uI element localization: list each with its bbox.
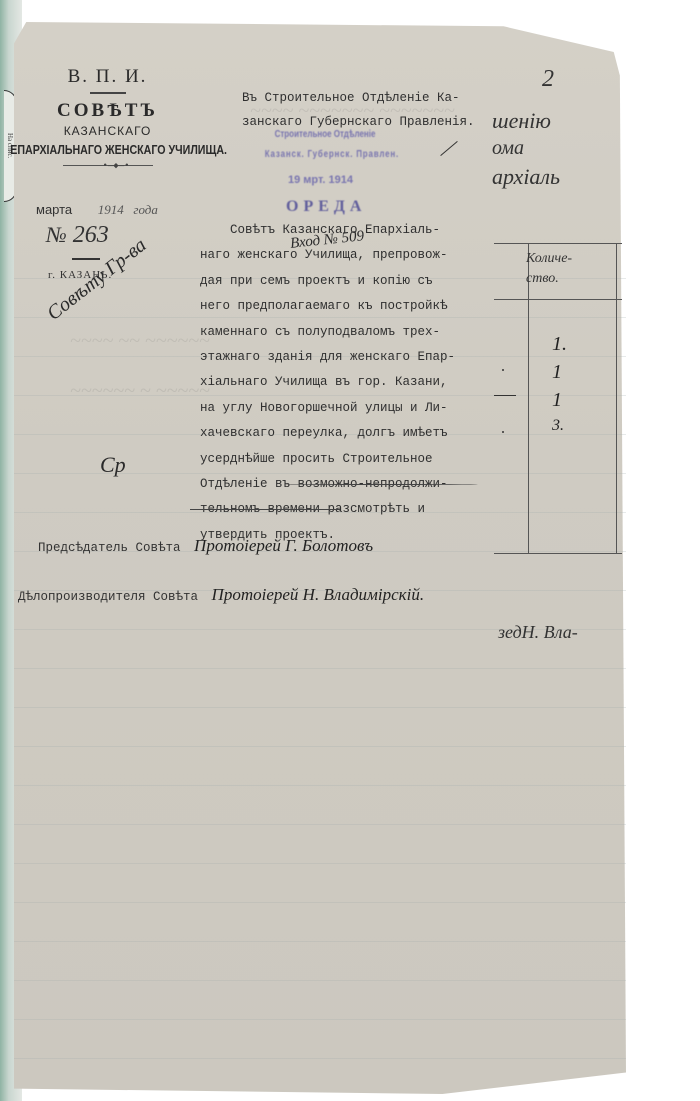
clerk-signature-row: Дѣлопроизводителя Совѣта Протоіерей Н. В… (18, 585, 424, 605)
bleed-through-text: ~~~~ ~~ ~~~~~~ (70, 330, 210, 353)
document-number: №263 (46, 222, 109, 249)
letter-body: Совѣтъ Казанскаго Епархіаль- наго женска… (200, 218, 455, 548)
chair-label: Предсѣдатель Совѣта (38, 541, 181, 555)
bleed-through-text: ~~~~ ~~~~~~~ ~~~~~~~ (250, 100, 455, 123)
quantity-cell: 1 (552, 389, 562, 412)
pencil-underline (190, 509, 340, 510)
ink-dot (502, 369, 504, 371)
ornament-divider: •—◆—• (63, 165, 153, 172)
table-rule (494, 299, 622, 300)
underlying-fragment: шенію (492, 108, 551, 134)
date-year-word: года (133, 202, 157, 217)
quantity-header: Количе- ство. (526, 249, 572, 289)
quantity-table: Количе- ство. 1. 1 1 3. (494, 243, 626, 555)
table-column-rule (616, 243, 617, 553)
bleed-through-text: ~~~~~~ ~ ~~~~~ (70, 380, 210, 403)
chair-signature: Протоіерей Г. Болотовъ (194, 536, 373, 555)
letterhead-council: СОВѢТЪ (20, 100, 195, 122)
letterhead-date: марта 1914 года (36, 202, 158, 218)
stamp-date: 19 мрт. 1914 (288, 174, 353, 186)
number-value: 263 (73, 222, 109, 248)
ink-dot (502, 431, 504, 433)
underlying-signature-fragment: зедН. Вла- (498, 622, 578, 643)
letterhead-rule-2 (72, 258, 100, 260)
ornament-icon: •—◆—• (103, 161, 130, 171)
quantity-cell: 3. (552, 417, 564, 435)
chair-signature-row: Предсѣдатель Совѣта Протоіерей Г. Болото… (38, 536, 373, 556)
stamp-line-2: Казанск. Губернск. Правлен. (265, 149, 399, 160)
stamp-line-1: Строительное Отдѣленіе (275, 129, 376, 140)
margin-initials: Ср (100, 452, 126, 478)
letterhead-rule (90, 92, 126, 94)
clerk-signature: Протоіерей Н. Владимірскій. (212, 585, 425, 604)
pencil-underline (284, 484, 478, 485)
table-rule (494, 553, 622, 554)
date-month: марта (36, 202, 72, 217)
page-number: 2 (542, 66, 554, 93)
letterhead: В. П. И. СОВѢТЪ КАЗАНСКАГО ЕПАРХІАЛЬНАГО… (20, 66, 195, 172)
table-column-rule (528, 243, 529, 553)
date-year: 1914 (98, 202, 124, 217)
underlying-fragment: ома (492, 137, 524, 160)
letterhead-school: ЕПАРХІАЛЬНАГО ЖЕНСКАГО УЧИЛИЩА. (10, 142, 176, 157)
letterhead-kazan: КАЗАНСКАГО (20, 124, 195, 138)
letterhead-monogram: В. П. И. (20, 66, 195, 88)
quantity-cell: 1 (552, 361, 562, 384)
ink-dash (494, 395, 516, 396)
clerk-label: Дѣлопроизводителя Совѣта (18, 590, 198, 604)
number-sign: № (46, 222, 67, 247)
table-rule (494, 243, 622, 244)
stamp-word: ОРЕДА (286, 198, 366, 216)
underlying-fragment: архіаль (492, 164, 560, 190)
quantity-cell: 1. (552, 333, 567, 356)
